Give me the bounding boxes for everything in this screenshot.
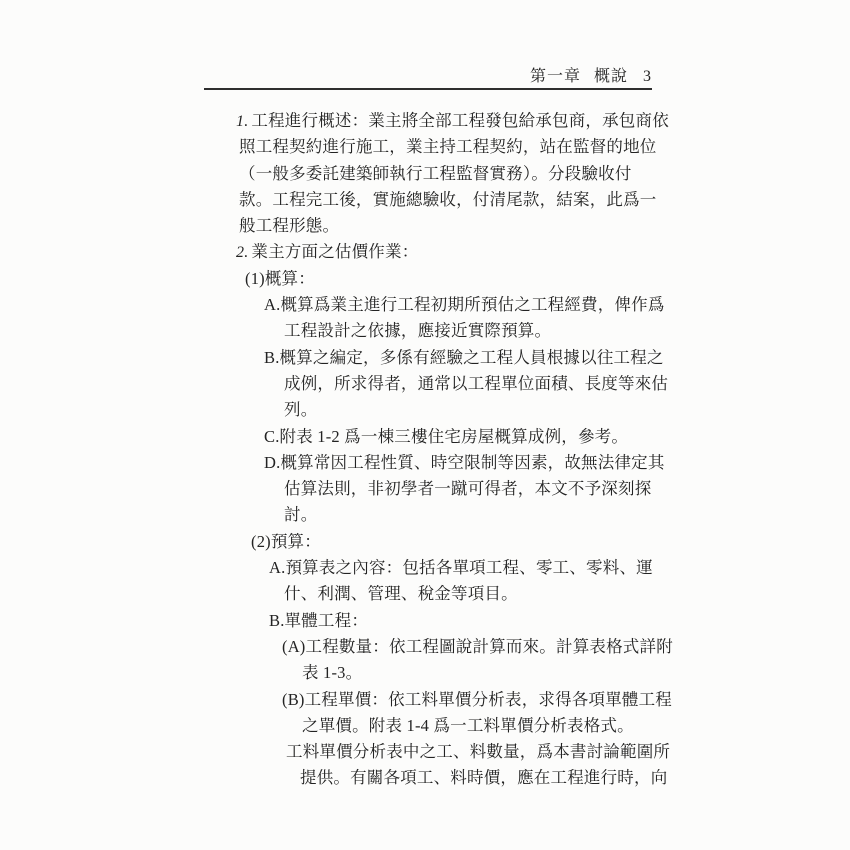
- list-number: 1.: [236, 113, 248, 130]
- text-line: 成例，所求得者，通常以工程單位面積、長度等來估: [205, 371, 675, 397]
- text-line: 估算法則，非初學者一蹴可得者，本文不予深刻探: [205, 476, 675, 502]
- header-rule: [204, 88, 652, 90]
- text-line: 照工程契約進行施工，業主持工程契約，站在監督的地位: [205, 134, 675, 160]
- text-line: D.概算常因工程性質、時空限制等因素，故無法律定其: [205, 450, 675, 476]
- text-line: A.預算表之內容：包括各單項工程、零工、零料、運: [205, 555, 675, 581]
- text-line: B.單體工程：: [205, 608, 675, 634]
- text-line: (B)工程單價：依工料單價分析表，求得各項單體工程: [205, 687, 675, 713]
- text-line: B.概算之編定，多係有經驗之工程人員根據以往工程之: [205, 345, 675, 371]
- text-line: 1.工程進行概述：業主將全部工程發包給承包商，承包商依: [205, 108, 675, 134]
- text-line: (1)概算：: [205, 266, 675, 292]
- text-line: 款。工程完工後，實施總驗收，付清尾款，結案，此爲一: [205, 187, 675, 213]
- text-line: 提供。有關各項工、料時價，應在工程進行時，向: [205, 765, 675, 791]
- text-line-content: 工程進行概述：業主將全部工程發包給承包商，承包商依: [251, 111, 669, 130]
- text-line: (2)預算：: [205, 529, 675, 555]
- running-header: 第一章概說3: [205, 63, 651, 85]
- text-line-content: 業主方面之估價作業：: [251, 242, 418, 261]
- text-line: 般工程形態。: [205, 213, 675, 239]
- text-line: 什、利潤、管理、稅金等項目。: [205, 581, 675, 607]
- text-line: 2.業主方面之估價作業：: [205, 239, 675, 265]
- text-line: 列。: [205, 397, 675, 423]
- list-number: 2.: [236, 244, 248, 261]
- text-line: (A)工程數量：依工程圖說計算而來。計算表格式詳附: [205, 634, 675, 660]
- text-line: （一般多委託建築師執行工程監督實務）。分段驗收付: [205, 161, 675, 187]
- page-number: 3: [643, 68, 651, 85]
- text-line: 工料單價分析表中之工、料數量，爲本書討論範圍所: [205, 739, 675, 765]
- chapter-title: 第一章: [530, 68, 581, 85]
- text-line: 之單價。附表 1-4 爲一工料單價分析表格式。: [205, 713, 675, 739]
- book-page: 第一章概說3 1.工程進行概述：業主將全部工程發包給承包商，承包商依 照工程契約…: [0, 0, 850, 850]
- text-line: A.概算爲業主進行工程初期所預估之工程經費，俾作爲: [205, 292, 675, 318]
- section-title: 概說: [594, 68, 628, 85]
- body-text: 1.工程進行概述：業主將全部工程發包給承包商，承包商依 照工程契約進行施工，業主…: [205, 108, 675, 792]
- text-line: 討。: [205, 502, 675, 528]
- text-line: 表 1-3。: [205, 660, 675, 686]
- text-line: 工程設計之依據，應接近實際預算。: [205, 318, 675, 344]
- text-line: C.附表 1-2 爲一棟三樓住宅房屋概算成例，參考。: [205, 424, 675, 450]
